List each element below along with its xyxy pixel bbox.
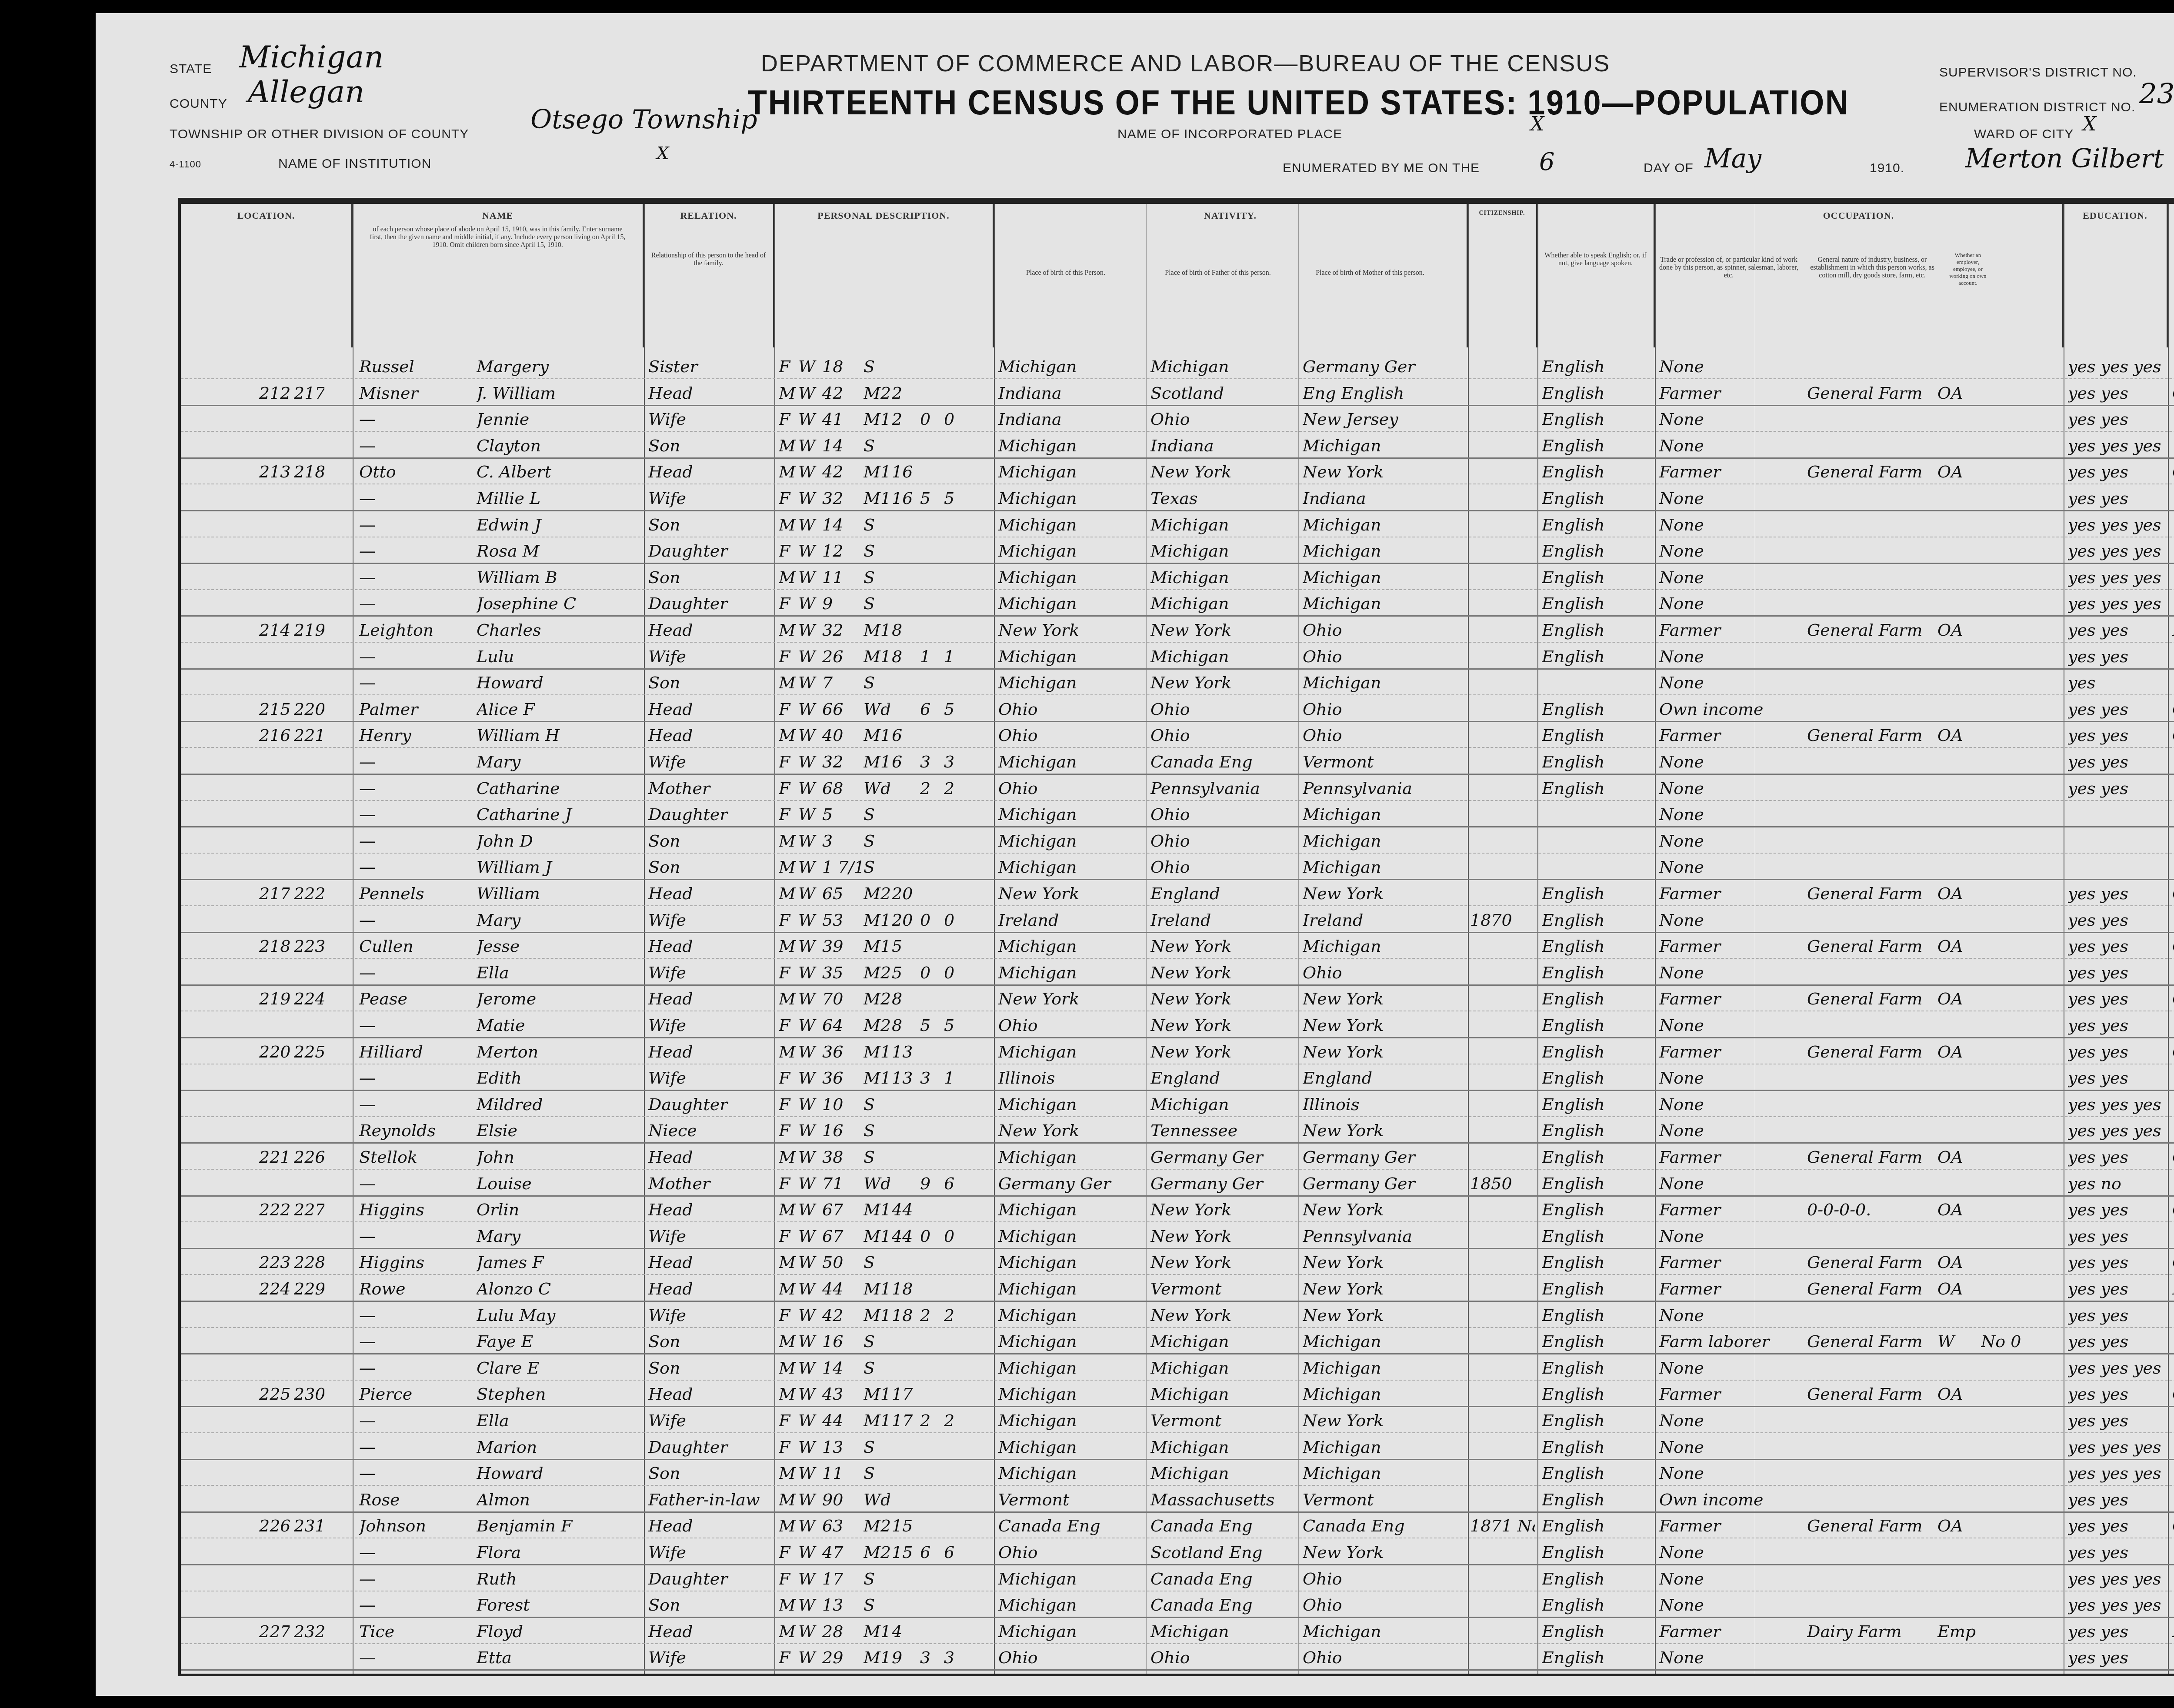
cell-living xyxy=(944,382,966,404)
cell-bp: New York xyxy=(998,1120,1142,1141)
cell-race: W xyxy=(798,1489,820,1511)
cell-living xyxy=(944,1383,966,1405)
cell-yrs xyxy=(892,567,918,588)
cell-bpf: Michigan xyxy=(1150,567,1294,588)
cell-unemp xyxy=(1981,1094,2059,1115)
cell-ms: S xyxy=(864,856,890,878)
cell-trade: Farmer xyxy=(1659,1146,1803,1168)
cell-emp xyxy=(1937,1647,1977,1668)
cell-lang: English xyxy=(1542,1594,1653,1616)
ward-label: Ward of city xyxy=(1974,127,2074,142)
cell-born xyxy=(920,1621,942,1642)
cell-dw: 222 xyxy=(259,1199,290,1221)
table-row: 219224PeaseJeromeHeadMW70M28New YorkNew … xyxy=(181,986,2174,1011)
cell-own: O M F 176 xyxy=(2172,382,2174,404)
cell-fam xyxy=(294,751,324,773)
cell-bp: Michigan xyxy=(998,1146,1142,1168)
cell-born xyxy=(920,382,942,404)
cell-emp xyxy=(1937,1568,1977,1590)
table-row: —MaryWifeFW32M1633MichiganCanada EngVerm… xyxy=(181,749,2174,775)
cell-age: 44 xyxy=(822,1278,861,1300)
cell-unemp xyxy=(1981,698,2059,720)
cell-surname: Otto xyxy=(359,461,472,483)
cell-unemp xyxy=(1981,1383,2059,1405)
cell-ind xyxy=(1807,1304,1937,1326)
cell-race: W xyxy=(798,1647,820,1668)
cell-bpm: Vermont xyxy=(1303,751,1464,773)
cell-surname: — xyxy=(359,1067,472,1089)
cell-ind: General Farm xyxy=(1807,935,1937,957)
cell-fam xyxy=(294,593,324,614)
cell-surname: Cullen xyxy=(359,935,472,957)
cell-trade: None xyxy=(1659,1067,1803,1089)
cell-living xyxy=(944,1199,966,1221)
cell-race: W xyxy=(798,1436,820,1458)
cell-sex: M xyxy=(779,1462,796,1484)
cell-living xyxy=(944,435,966,457)
cell-living xyxy=(944,1621,966,1642)
cell-ind xyxy=(1807,408,1937,430)
cell-fam: 219 xyxy=(294,619,324,641)
cell-age: 66 xyxy=(822,698,861,720)
cell-emp xyxy=(1937,909,1977,931)
cell-sex: F xyxy=(779,1067,796,1089)
cell-sex: M xyxy=(779,1621,796,1642)
cell-born xyxy=(920,1357,942,1379)
cell-race: W xyxy=(798,1041,820,1063)
cell-yrs xyxy=(892,1120,918,1141)
township-value: Otsego Township xyxy=(530,104,757,135)
cell-emp: Emp xyxy=(1937,1621,1977,1642)
cell-emp xyxy=(1937,856,1977,878)
cell-ms: S xyxy=(864,1331,890,1352)
cell-yrs xyxy=(892,593,918,614)
cell-rel: Head xyxy=(648,883,774,904)
cell-ms: M1 xyxy=(864,408,890,430)
cell-own xyxy=(2172,962,2174,984)
cell-born xyxy=(920,830,942,852)
cell-emp: OA xyxy=(1937,1041,1977,1063)
cell-born xyxy=(920,356,942,377)
cell-yrs xyxy=(892,514,918,536)
cell-imm xyxy=(1470,540,1535,562)
cell-yrs: 44 xyxy=(892,1199,918,1221)
cell-dw xyxy=(259,540,290,562)
cell-emp xyxy=(1937,567,1977,588)
cell-imm xyxy=(1470,1251,1535,1273)
cell-trade: None xyxy=(1659,1541,1803,1563)
cell-unemp: No 0 xyxy=(1981,1331,2059,1352)
cell-emp: OA xyxy=(1937,1251,1977,1273)
cell-age: 11 xyxy=(822,567,861,588)
cell-own xyxy=(2172,1331,2174,1352)
cell-unemp xyxy=(1981,935,2059,957)
cell-emp xyxy=(1937,672,1977,694)
cell-own xyxy=(2172,1647,2174,1668)
cell-yrs xyxy=(892,540,918,562)
cell-unemp xyxy=(1981,1120,2059,1141)
cell-edu: yes yes xyxy=(2068,724,2168,746)
cell-surname: Hilliard xyxy=(359,1041,472,1063)
cell-bp: Ohio xyxy=(998,777,1142,799)
cell-edu: yes yes yes xyxy=(2068,1594,2168,1616)
cell-rel: Son xyxy=(648,1331,774,1352)
cell-imm xyxy=(1470,1120,1535,1141)
cell-bpf: Vermont xyxy=(1150,1410,1294,1431)
cell-bp: Michigan xyxy=(998,514,1142,536)
cell-race: W xyxy=(798,646,820,667)
cell-yrs: 13 xyxy=(892,1067,918,1089)
cell-yrs: 16 xyxy=(892,487,918,509)
cell-age: 65 xyxy=(822,883,861,904)
cell-fam: 229 xyxy=(294,1278,324,1300)
cell-bpm: Michigan xyxy=(1303,1383,1464,1405)
cell-yrs: 13 xyxy=(892,1041,918,1063)
cell-own xyxy=(2172,1568,2174,1590)
cell-race: W xyxy=(798,962,820,984)
cell-trade: Farmer xyxy=(1659,1041,1803,1063)
cell-unemp xyxy=(1981,909,2059,931)
census-title: THIRTEENTH CENSUS OF THE UNITED STATES: … xyxy=(748,83,1849,123)
cell-yrs: 9 xyxy=(892,1647,918,1668)
cell-dw xyxy=(259,1173,290,1194)
cell-surname: — xyxy=(359,1462,472,1484)
cell-emp: OA xyxy=(1937,1383,1977,1405)
cell-sex: M xyxy=(779,988,796,1010)
cell-bp: Michigan xyxy=(998,1462,1142,1484)
cell-dw xyxy=(259,962,290,984)
cell-ind xyxy=(1807,1410,1937,1431)
cell-living: 2 xyxy=(944,777,966,799)
cell-bpm: Michigan xyxy=(1303,856,1464,878)
cell-unemp xyxy=(1981,962,2059,984)
cell-ms: Wd xyxy=(864,1173,890,1194)
cell-edu: yes yes xyxy=(2068,1067,2168,1089)
cell-imm xyxy=(1470,567,1535,588)
cell-race: W xyxy=(798,1094,820,1115)
cell-bp: Michigan xyxy=(998,1278,1142,1300)
cell-given: Rosa M xyxy=(477,540,642,562)
cell-lang: English xyxy=(1542,1357,1653,1379)
cell-ind: General Farm xyxy=(1807,619,1937,641)
cell-age: 1 7/12 xyxy=(822,856,861,878)
cell-bpf: Tennessee xyxy=(1150,1120,1294,1141)
cell-bpm: Michigan xyxy=(1303,1462,1464,1484)
cell-bpf: England xyxy=(1150,883,1294,904)
cell-lang: English xyxy=(1542,1120,1653,1141)
cell-dw: 214 xyxy=(259,619,290,641)
cell-race: W xyxy=(798,698,820,720)
cell-ms: S xyxy=(864,1568,890,1590)
cell-dw xyxy=(259,435,290,457)
cell-age: 43 xyxy=(822,1383,861,1405)
cell-trade: None xyxy=(1659,804,1803,825)
cell-bp: New York xyxy=(998,619,1142,641)
cell-own xyxy=(2172,777,2174,799)
table-row: —John DSonMW3SMichiganOhioMichiganNone69 xyxy=(181,828,2174,854)
cell-living xyxy=(944,856,966,878)
cell-race: W xyxy=(798,1251,820,1273)
cell-age: 35 xyxy=(822,962,861,984)
cell-surname: — xyxy=(359,1436,472,1458)
cell-emp xyxy=(1937,435,1977,457)
cell-age: 16 xyxy=(822,1120,861,1141)
cell-given: Catharine xyxy=(477,777,642,799)
cell-unemp xyxy=(1981,1304,2059,1326)
table-row: —Lulu MayWifeFW42M11822MichiganNew YorkN… xyxy=(181,1303,2174,1328)
cell-edu: yes yes yes xyxy=(2068,1120,2168,1141)
cell-ind xyxy=(1807,830,1937,852)
cell-given: Millie L xyxy=(477,487,642,509)
cell-fam xyxy=(294,567,324,588)
table-row: —ForestSonMW13SMichiganCanada EngOhioEng… xyxy=(181,1592,2174,1618)
cell-living xyxy=(944,1462,966,1484)
cell-rel: Wife xyxy=(648,408,774,430)
cell-fam xyxy=(294,1594,324,1616)
cell-bpm: Michigan xyxy=(1303,1331,1464,1352)
cell-given: Josephine C xyxy=(477,593,642,614)
cell-ms: M1 xyxy=(864,1304,890,1326)
cell-own: O M F 177 xyxy=(2172,461,2174,483)
cell-own xyxy=(2172,1225,2174,1247)
enumeration-year: 1910. xyxy=(1870,161,1904,176)
cell-given: Clare E xyxy=(477,1357,642,1379)
cell-trade: Farmer xyxy=(1659,1251,1803,1273)
cell-age: 18 xyxy=(822,356,861,377)
cell-given: Elsie xyxy=(477,1120,642,1141)
cell-ind xyxy=(1807,593,1937,614)
cell-bpm: Michigan xyxy=(1303,567,1464,588)
cell-trade: Farmer xyxy=(1659,1199,1803,1221)
cell-bp: Michigan xyxy=(998,1041,1142,1063)
cell-born xyxy=(920,1094,942,1115)
cell-dw xyxy=(259,356,290,377)
cell-own xyxy=(2172,1094,2174,1115)
cell-bpf: Michigan xyxy=(1150,1357,1294,1379)
cell-yrs xyxy=(892,1462,918,1484)
cell-emp: OA xyxy=(1937,1515,1977,1537)
cell-bpf: Canada Eng xyxy=(1150,1515,1294,1537)
cell-imm xyxy=(1470,1594,1535,1616)
cell-dw xyxy=(259,804,290,825)
cell-emp xyxy=(1937,1304,1977,1326)
table-row: —William JSonMW1 7/12SMichiganOhioMichig… xyxy=(181,854,2174,880)
cell-fam: 225 xyxy=(294,1041,324,1063)
cell-yrs: 8 xyxy=(892,988,918,1010)
cell-trade: Own income xyxy=(1659,1489,1803,1511)
cell-imm xyxy=(1470,619,1535,641)
cell-own: O M F 180 xyxy=(2172,883,2174,904)
cell-lang: English xyxy=(1542,567,1653,588)
cell-rel: Son xyxy=(648,514,774,536)
cell-imm xyxy=(1470,1383,1535,1405)
cell-age: 32 xyxy=(822,751,861,773)
cell-trade: None xyxy=(1659,1173,1803,1194)
cell-given: Alice F xyxy=(477,698,642,720)
cell-ms: S xyxy=(864,435,890,457)
cell-bpf: Michigan xyxy=(1150,1462,1294,1484)
cell-bpm: New York xyxy=(1303,1014,1464,1036)
cell-born xyxy=(920,514,942,536)
cell-living xyxy=(944,540,966,562)
cell-rel: Head xyxy=(648,1278,774,1300)
cell-yrs xyxy=(892,1331,918,1352)
cell-sex: F xyxy=(779,356,796,377)
cell-trade: None xyxy=(1659,1357,1803,1379)
cell-bp: Vermont xyxy=(998,1489,1142,1511)
cell-bp: Indiana xyxy=(998,382,1142,404)
cell-living xyxy=(944,593,966,614)
cell-imm xyxy=(1470,1541,1535,1563)
cell-lang: English xyxy=(1542,1515,1653,1537)
cell-dw: 227 xyxy=(259,1621,290,1642)
cell-ms: M2 xyxy=(864,883,890,904)
census-sheet: State Michigan County Allegan Township o… xyxy=(96,13,2174,1696)
cell-lang: English xyxy=(1542,408,1653,430)
cell-lang: English xyxy=(1542,988,1653,1010)
cell-dw xyxy=(259,909,290,931)
cell-ind: General Farm xyxy=(1807,382,1937,404)
cell-given: C. Albert xyxy=(477,461,642,483)
cell-lang xyxy=(1542,804,1653,825)
cell-trade: None xyxy=(1659,1568,1803,1590)
cell-imm xyxy=(1470,593,1535,614)
cell-emp xyxy=(1937,1594,1977,1616)
cell-fam xyxy=(294,1541,324,1563)
table-row: RoseAlmonFather-in-lawMW90WdVermontMassa… xyxy=(181,1487,2174,1513)
cell-born: 0 xyxy=(920,909,942,931)
cell-yrs xyxy=(892,1146,918,1168)
cell-dw xyxy=(259,1067,290,1089)
cell-ms: Wd xyxy=(864,1489,890,1511)
cell-emp: OA xyxy=(1937,461,1977,483)
cell-ind xyxy=(1807,804,1937,825)
cell-living: 5 xyxy=(944,487,966,509)
cell-ind xyxy=(1807,777,1937,799)
cell-yrs: 20 xyxy=(892,883,918,904)
cell-living xyxy=(944,1094,966,1115)
cell-ms: M1 xyxy=(864,646,890,667)
cell-sex: F xyxy=(779,777,796,799)
cell-surname: — xyxy=(359,830,472,852)
cell-own xyxy=(2172,1120,2174,1141)
cell-bpm: Michigan xyxy=(1303,830,1464,852)
cell-ind xyxy=(1807,962,1937,984)
cell-emp xyxy=(1937,1541,1977,1563)
enumeration-district-label: Enumeration District No. xyxy=(1939,100,2135,115)
cell-sex: F xyxy=(779,1173,796,1194)
cell-trade: Farmer xyxy=(1659,988,1803,1010)
cell-unemp xyxy=(1981,567,2059,588)
cell-unemp xyxy=(1981,1568,2059,1590)
cell-edu: yes yes xyxy=(2068,1146,2168,1168)
cell-bpf: New York xyxy=(1150,962,1294,984)
cell-dw xyxy=(259,1462,290,1484)
cell-bp: Michigan xyxy=(998,935,1142,957)
cell-dw xyxy=(259,777,290,799)
cell-trade: None xyxy=(1659,1436,1803,1458)
cell-fam xyxy=(294,540,324,562)
cell-given: Etta xyxy=(477,1647,642,1668)
table-row: —Josephine CDaughterFW9SMichiganMichigan… xyxy=(181,591,2174,617)
cell-born: 2 xyxy=(920,1410,942,1431)
cell-dw: 224 xyxy=(259,1278,290,1300)
cell-bpf: New York xyxy=(1150,1251,1294,1273)
cell-dw xyxy=(259,1489,290,1511)
cell-ms: M1 xyxy=(864,1383,890,1405)
cell-bpm: Ohio xyxy=(1303,724,1464,746)
cell-unemp xyxy=(1981,988,2059,1010)
cell-race: W xyxy=(798,1067,820,1089)
cell-bpm: Canada Eng xyxy=(1303,1515,1464,1537)
cell-ind xyxy=(1807,1568,1937,1590)
state-label: State xyxy=(170,62,212,77)
cell-imm xyxy=(1470,514,1535,536)
cell-imm xyxy=(1470,1146,1535,1168)
enumeration-district-value: 23 xyxy=(2139,78,2174,110)
cell-dw: 219 xyxy=(259,988,290,1010)
cell-sex: M xyxy=(779,830,796,852)
cell-lang: English xyxy=(1542,1436,1653,1458)
cell-edu: yes yes yes xyxy=(2068,435,2168,457)
cell-given: Louise xyxy=(477,1173,642,1194)
cell-given: Flora xyxy=(477,1541,642,1563)
cell-surname: — xyxy=(359,909,472,931)
cell-age: 47 xyxy=(822,1541,861,1563)
cell-rel: Wife xyxy=(648,1647,774,1668)
cell-race: W xyxy=(798,909,820,931)
cell-fam: 217 xyxy=(294,382,324,404)
cell-rel: Mother xyxy=(648,1173,774,1194)
relation-header: Relation.Relationship of this person to … xyxy=(644,204,774,347)
cell-bp: Michigan xyxy=(998,487,1142,509)
cell-surname: Reynolds xyxy=(359,1120,472,1141)
cell-given: Lulu xyxy=(477,646,642,667)
cell-imm xyxy=(1470,382,1535,404)
cell-trade: None xyxy=(1659,1647,1803,1668)
cell-surname: — xyxy=(359,1094,472,1115)
cell-race: W xyxy=(798,1357,820,1379)
cell-ind xyxy=(1807,435,1937,457)
cell-fam xyxy=(294,1436,324,1458)
cell-bpf: Ohio xyxy=(1150,408,1294,430)
cell-trade: None xyxy=(1659,1594,1803,1616)
cell-imm xyxy=(1470,962,1535,984)
cell-unemp xyxy=(1981,1594,2059,1616)
cell-age: 64 xyxy=(822,1014,861,1036)
cell-age: 12 xyxy=(822,540,861,562)
cell-born: 3 xyxy=(920,1067,942,1089)
cell-rel: Wife xyxy=(648,1410,774,1431)
cell-own xyxy=(2172,514,2174,536)
cell-born: 6 xyxy=(920,698,942,720)
cell-yrs xyxy=(892,1489,918,1511)
cell-fam xyxy=(294,672,324,694)
cell-race: W xyxy=(798,1304,820,1326)
cell-sex: F xyxy=(779,1410,796,1431)
cell-ind: General Farm xyxy=(1807,461,1937,483)
cell-race: W xyxy=(798,1410,820,1431)
cell-fam xyxy=(294,962,324,984)
cell-given: Ella xyxy=(477,1410,642,1431)
cell-sex: M xyxy=(779,1278,796,1300)
cell-bpf: Michigan xyxy=(1150,593,1294,614)
cell-born xyxy=(920,1331,942,1352)
cell-dw xyxy=(259,1304,290,1326)
cell-yrs: 8 xyxy=(892,1014,918,1036)
cell-given: Clayton xyxy=(477,435,642,457)
cell-given: Lulu May xyxy=(477,1304,642,1326)
